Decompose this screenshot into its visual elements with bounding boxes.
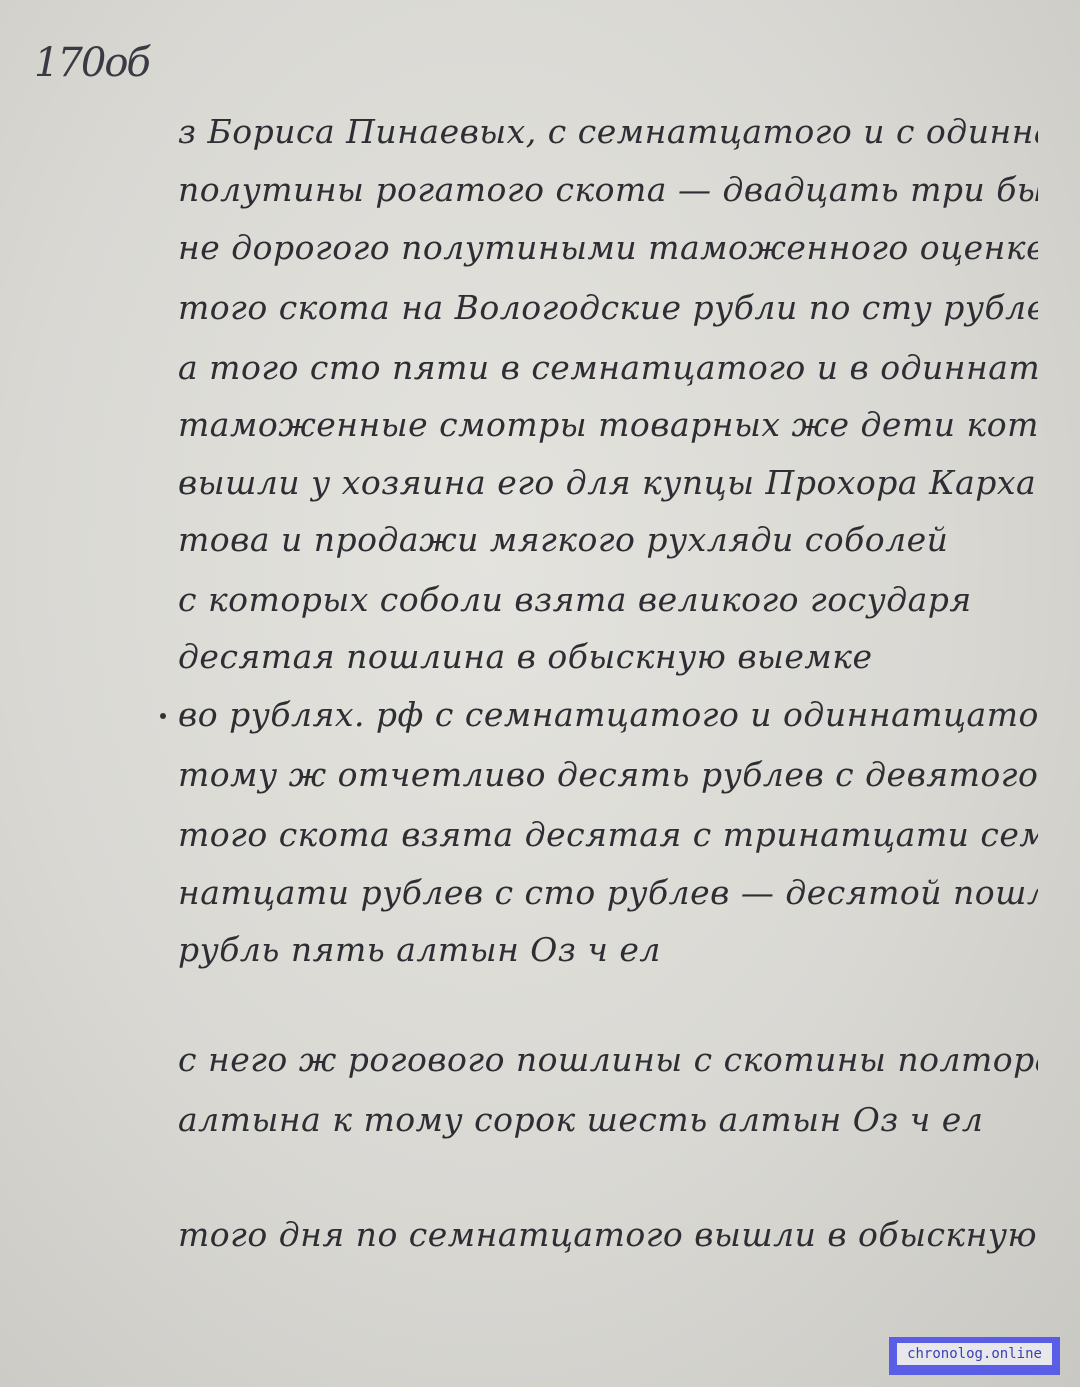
manuscript-line: вышли у хозяина его для купцы Прохора Ка… — [178, 463, 1038, 503]
manuscript-line: тому ж отчетливо десять рублев с девятог… — [178, 755, 1038, 795]
manuscript-line: с которых соболи взята великого государя — [178, 580, 1038, 620]
manuscript-line: алтына к тому сорок шесть алтын Оз ч ел — [178, 1100, 1038, 1140]
manuscript-line: во рублях. рф с семнатцатого и одиннатца… — [178, 695, 1038, 735]
manuscript-line: того дня по семнатцатого вышли в обыскну… — [178, 1215, 1038, 1255]
watermark-badge: chronolog.online — [889, 1337, 1060, 1375]
manuscript-line: того скота на Вологодские рубли по сту р… — [178, 288, 1038, 328]
manuscript-line: а того сто пяти в семнатцатого и в одинн… — [178, 348, 1038, 388]
manuscript-line: с него ж рогового пошлины с скотины полт… — [178, 1040, 1038, 1080]
manuscript-line: таможенные смотры товарных же дети котор… — [178, 405, 1038, 445]
manuscript-line: того скота взята десятая с тринатцати се… — [178, 815, 1038, 855]
manuscript-line: рубль пять алтын Оз ч ел — [178, 930, 1038, 970]
manuscript-line: десятая пошлина в обыскную выемке — [178, 637, 1038, 677]
manuscript-line: полутины рогатого скота — двадцать три б… — [178, 170, 1038, 210]
ink-dot — [160, 713, 166, 719]
watermark-text: chronolog.online — [897, 1343, 1052, 1365]
manuscript-line: натцати рублев с сто рублев — десятой по… — [178, 873, 1038, 913]
manuscript-line: з Бориса Пинаевых, с семнатцатого и с од… — [178, 112, 1038, 152]
manuscript-line: не дорогого полутиными таможенного оценк… — [178, 228, 1038, 268]
folio-number: 170об — [34, 40, 149, 86]
manuscript-line: това и продажи мягкого рухляди соболей — [178, 520, 1038, 560]
manuscript-page: 170об з Бориса Пинаевых, с семнатцатого … — [0, 0, 1080, 1387]
